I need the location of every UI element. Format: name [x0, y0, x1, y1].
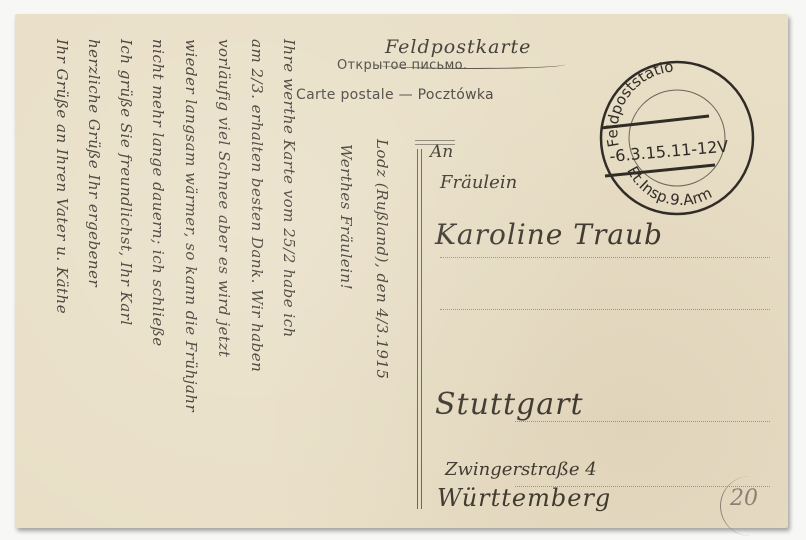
- letter-line: Ich grüße Sie freundlichst, Ihr Karl: [117, 39, 135, 519]
- center-divider: [417, 149, 422, 509]
- address-street: Zwingerstraße 4: [445, 459, 597, 480]
- address-line-2: [440, 309, 770, 310]
- address-line-1: [440, 257, 770, 258]
- address-city: Stuttgart: [435, 387, 584, 422]
- svg-text:Feldpoststatio: Feldpoststatio: [603, 58, 674, 148]
- letter-line: herzliche Grüße Ihr ergebener: [85, 39, 103, 519]
- address-salutation: An: [430, 142, 453, 162]
- address-name: Karoline Traub: [435, 218, 663, 251]
- pencil-annotation: 20: [730, 486, 758, 511]
- letter-line: Ihr Grüße an Ihren Vater u. Käthe: [53, 39, 71, 519]
- postcard: Feldpostkarte Открытое письмо. Carte pos…: [15, 14, 788, 528]
- letter-line: Ihre werthe Karte vom 25/2 habe ich: [280, 39, 298, 519]
- address-title: Fräulein: [440, 172, 517, 193]
- letter-line: am 2/3. erhalten besten Dank. Wir haben: [248, 39, 266, 519]
- letter-body: Ihre werthe Karte vom 25/2 habe ich am 2…: [35, 29, 415, 534]
- letter-line: nicht mehr lange dauern; ich schließe: [149, 39, 167, 519]
- address-line-3: [515, 421, 770, 422]
- letter-line: wieder langsam wärmer, so kann die Frühj…: [182, 39, 200, 519]
- address-region: Württemberg: [437, 484, 611, 512]
- letter-line: vorläufig viel Schnee aber es wird jetzt: [215, 39, 233, 519]
- postmark-top-text: Feldpoststatio: [603, 58, 674, 148]
- postmark-stamp: Feldpoststatio -6.3.15.11-12V Et.Insp.9.…: [597, 58, 757, 218]
- postmark-date: -6.3.15.11-12V: [609, 137, 729, 166]
